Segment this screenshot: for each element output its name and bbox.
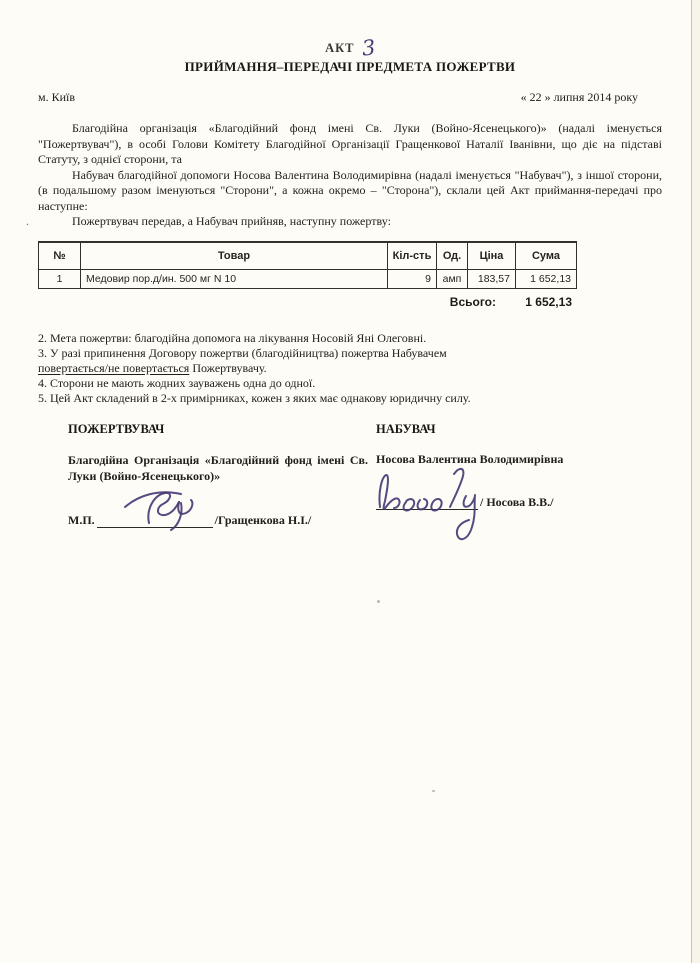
total-value: 1 652,13	[510, 295, 572, 309]
term-item-5: 5. Цей Акт складений в 2-х примірниках, …	[38, 391, 662, 406]
recipient-role-heading: НАБУВАЧ	[376, 422, 626, 437]
cell-unit: амп	[437, 269, 468, 288]
cell-quantity: 9	[388, 269, 437, 288]
recipient-handwritten-signature	[370, 461, 492, 551]
act-label: АКТ	[325, 41, 354, 55]
transfer-statement-line: . Пожертвувач передав, а Набувач прийняв…	[38, 214, 662, 230]
donor-organization-name: Благодійна Організація «Благодійний фонд…	[68, 452, 368, 485]
total-row: Всього: 1 652,13	[38, 295, 576, 309]
document-title-row: АКТ3	[38, 40, 662, 56]
date-label: « 22 » липня 2014 року	[521, 90, 638, 105]
cell-number: 1	[39, 269, 81, 288]
donation-items-table: № Товар Кіл-сть Од. Ціна Сума 1 Медовир …	[38, 241, 577, 289]
donor-signed-name: /Гращенкова Н.І./	[215, 513, 312, 528]
recipient-signed-name: / Носова В.В./	[480, 495, 554, 510]
col-header-number: №	[39, 242, 81, 270]
donor-signature-row: М.П. /Гращенкова Н.І./	[68, 512, 368, 528]
term-item-4: 4. Сторони не мають жодних зауважень одн…	[38, 376, 662, 391]
donor-role-heading: ПОЖЕРТВУВАЧ	[68, 422, 368, 437]
signature-section: ПОЖЕРТВУВАЧ Благодійна Організація «Благ…	[68, 422, 662, 528]
table-header-row: № Товар Кіл-сть Од. Ціна Сума	[39, 242, 577, 270]
term-item-3-line1: 3. У разі припинення Договору пожертви (…	[38, 346, 662, 361]
city-label: м. Київ	[38, 90, 75, 105]
scan-speck	[377, 600, 380, 603]
donor-handwritten-signature	[121, 485, 217, 531]
col-header-product: Товар	[81, 242, 388, 270]
cell-product: Медовир пор.д/ин. 500 мг N 10	[81, 269, 388, 288]
recipient-signature-line	[376, 495, 478, 510]
col-header-unit: Од.	[437, 242, 468, 270]
faint-item-marker: .	[26, 214, 29, 230]
intro-paragraph-recipient: Набувач благодійної допомоги Носова Вале…	[38, 168, 662, 215]
total-label: Всього:	[450, 295, 496, 309]
term-item-3-rest: Пожертвувачу.	[189, 361, 266, 375]
col-header-price: Ціна	[468, 242, 516, 270]
table-row: 1 Медовир пор.д/ин. 500 мг N 10 9 амп 18…	[39, 269, 577, 288]
cell-price: 183,57	[468, 269, 516, 288]
scan-speck	[432, 790, 435, 792]
transfer-statement-text: Пожертвувач передав, а Набувач прийняв, …	[72, 214, 391, 228]
terms-list: 2. Мета пожертви: благодійна допомога на…	[38, 331, 662, 407]
term-item-2: 2. Мета пожертви: благодійна допомога на…	[38, 331, 662, 346]
handwritten-act-number: 3	[361, 40, 376, 55]
intro-paragraph-donor: Благодійна організація «Благодійний фонд…	[38, 121, 662, 168]
seal-place-label: М.П.	[68, 513, 95, 528]
recipient-signature-row: / Носова В.В./	[376, 494, 626, 510]
recipient-person-name: Носова Валентина Володимирівна	[376, 452, 626, 467]
document-subtitle: ПРИЙМАННЯ–ПЕРЕДАЧІ ПРЕДМЕТА ПОЖЕРТВИ	[38, 59, 662, 75]
recipient-signature-block: НАБУВАЧ Носова Валентина Володимирівна	[376, 422, 626, 528]
term-item-3-underlined: повертається/не повертається	[38, 361, 189, 375]
donor-signature-block: ПОЖЕРТВУВАЧ Благодійна Організація «Благ…	[68, 422, 368, 528]
city-date-row: м. Київ « 22 » липня 2014 року	[38, 90, 662, 105]
scan-edge-strip	[692, 0, 700, 963]
donor-signature-line	[97, 513, 213, 528]
document-content: АКТ3 ПРИЙМАННЯ–ПЕРЕДАЧІ ПРЕДМЕТА ПОЖЕРТВ…	[0, 0, 700, 528]
scanned-document-page: АКТ3 ПРИЙМАННЯ–ПЕРЕДАЧІ ПРЕДМЕТА ПОЖЕРТВ…	[0, 0, 700, 963]
col-header-sum: Сума	[516, 242, 577, 270]
term-item-3-line2: повертається/не повертається Пожертвувач…	[38, 361, 662, 376]
col-header-quantity: Кіл-сть	[388, 242, 437, 270]
cell-sum: 1 652,13	[516, 269, 577, 288]
scan-edge-line	[691, 0, 693, 963]
